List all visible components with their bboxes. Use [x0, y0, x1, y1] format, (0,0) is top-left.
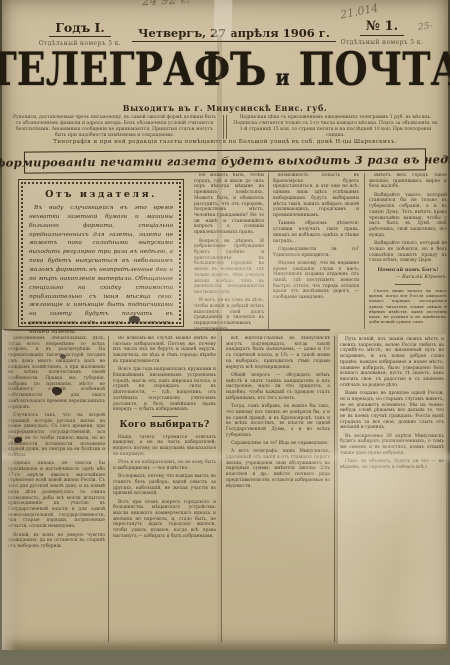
lower-column-1: дополненіемъ обязательныхъ дѣлъ, тогда в… — [8, 336, 105, 642]
masthead-conjunction: и — [275, 50, 289, 105]
lower-column-2: Во всякомъ-же случаѣ можно имѣть не скол… — [113, 336, 216, 642]
date-line: Четвергъ, 27 апрѣля 1906 г. — [132, 26, 336, 42]
newspaper-page: 24 92 г. 21.014 25- Годъ I. Отдѣльный но… — [2, 0, 448, 650]
ink-blot — [60, 354, 66, 359]
article-signature: — Василій Юрьевъ. — [369, 274, 447, 281]
column-rule — [364, 173, 365, 329]
printing-house-address: Типографія и при ней редакція газеты пом… — [2, 139, 448, 145]
newspaper-photo: 24 92 г. 21.014 25- Годъ I. Отдѣльный но… — [0, 0, 450, 665]
upper-column-2-text: возможность попасть въ Красноярскъ будет… — [273, 173, 359, 301]
issue-number: № 1. — [360, 19, 404, 36]
lower-column-3: всѣ жители-гласные въ Минусинскѣ могутъ … — [226, 336, 330, 642]
publisher-letter-heading: Отъ издателя. — [29, 189, 173, 200]
lower-column-1-text: дополненіемъ обязательныхъ дѣлъ, тогда в… — [8, 336, 105, 550]
article-divider — [395, 284, 421, 285]
publisher-letter-text: Въ виду случающейся въ это время нехватк… — [29, 204, 173, 337]
column-rule — [268, 173, 269, 329]
submission-rules-notice: Рукописи, доставляемыя чрезъ письмоношу,… — [12, 115, 217, 139]
year-label: Годъ I. — [49, 20, 110, 37]
upper-column-1: Не можетъ быть, чтобы городъ, гдѣ и жили… — [194, 173, 264, 329]
lower-column-4-text: Путь всякій, изъ знанія своихъ мѣстъ и с… — [340, 337, 444, 471]
lower-column-4: Путь всякій, изъ знанія своихъ мѣстъ и с… — [338, 334, 446, 644]
section-divider — [152, 416, 178, 417]
lower-column-3-text: всѣ жители-гласные въ Минусинскѣ могутъ … — [226, 336, 330, 489]
section-rule — [4, 329, 330, 331]
column-rule — [108, 336, 109, 642]
masthead-title: ТЕЛЕГРАФЪ и ПОЧТА — [2, 42, 448, 106]
upper-column-2: возможность попасть въ Красноярскъ будет… — [273, 173, 359, 329]
column-rule — [334, 336, 335, 642]
article-closing-line: Помогай намъ Богъ! — [369, 267, 447, 274]
section-heading-kogo-vybirat: Кого выбирать? — [113, 420, 216, 432]
pencil-mark-top: 24 92 г. — [142, 0, 191, 8]
notice-divider — [223, 115, 227, 139]
notice-row: Рукописи, доставляемыя чрезъ письмоношу,… — [12, 115, 438, 139]
masthead-subtitle: Выходитъ въ г. Минусинскѣ Енис. губ. — [2, 103, 448, 113]
upper-column-3: имѣетъ весь городъ такое желаніе, приняв… — [369, 173, 447, 329]
header-date-block: Четвергъ, 27 апрѣля 1906 г. — [132, 22, 322, 42]
announcement-banner-text: По сформированіи печатни газета будетъ в… — [0, 152, 450, 170]
masthead-word-telegraph: ТЕЛЕГРАФЪ — [0, 42, 266, 97]
masthead-word-post: ПОЧТА — [299, 42, 450, 97]
upper-column-3-text: имѣетъ весь городъ такое желаніе, приняв… — [369, 173, 447, 264]
lower-column-2-text: Наша газета стремится отвѣчать каждому, … — [113, 435, 216, 540]
publisher-letter-box: Отъ издателя. Въ виду случающейся въ это… — [18, 179, 184, 327]
subscription-price-notice: Подписная цѣна съ приложеніемъ ежедневны… — [233, 115, 438, 139]
upper-column-1-text: Не можетъ быть, чтобы городъ, гдѣ и жили… — [194, 173, 264, 329]
editorial-note-text: Газета наша начата въ такое время, когда… — [369, 288, 447, 325]
lower-column-2-intro: Во всякомъ-же случаѣ можно имѣть не скол… — [113, 336, 216, 413]
column-rule — [221, 336, 222, 642]
announcement-banner: По сформированіи печатни газета будетъ в… — [24, 148, 426, 173]
